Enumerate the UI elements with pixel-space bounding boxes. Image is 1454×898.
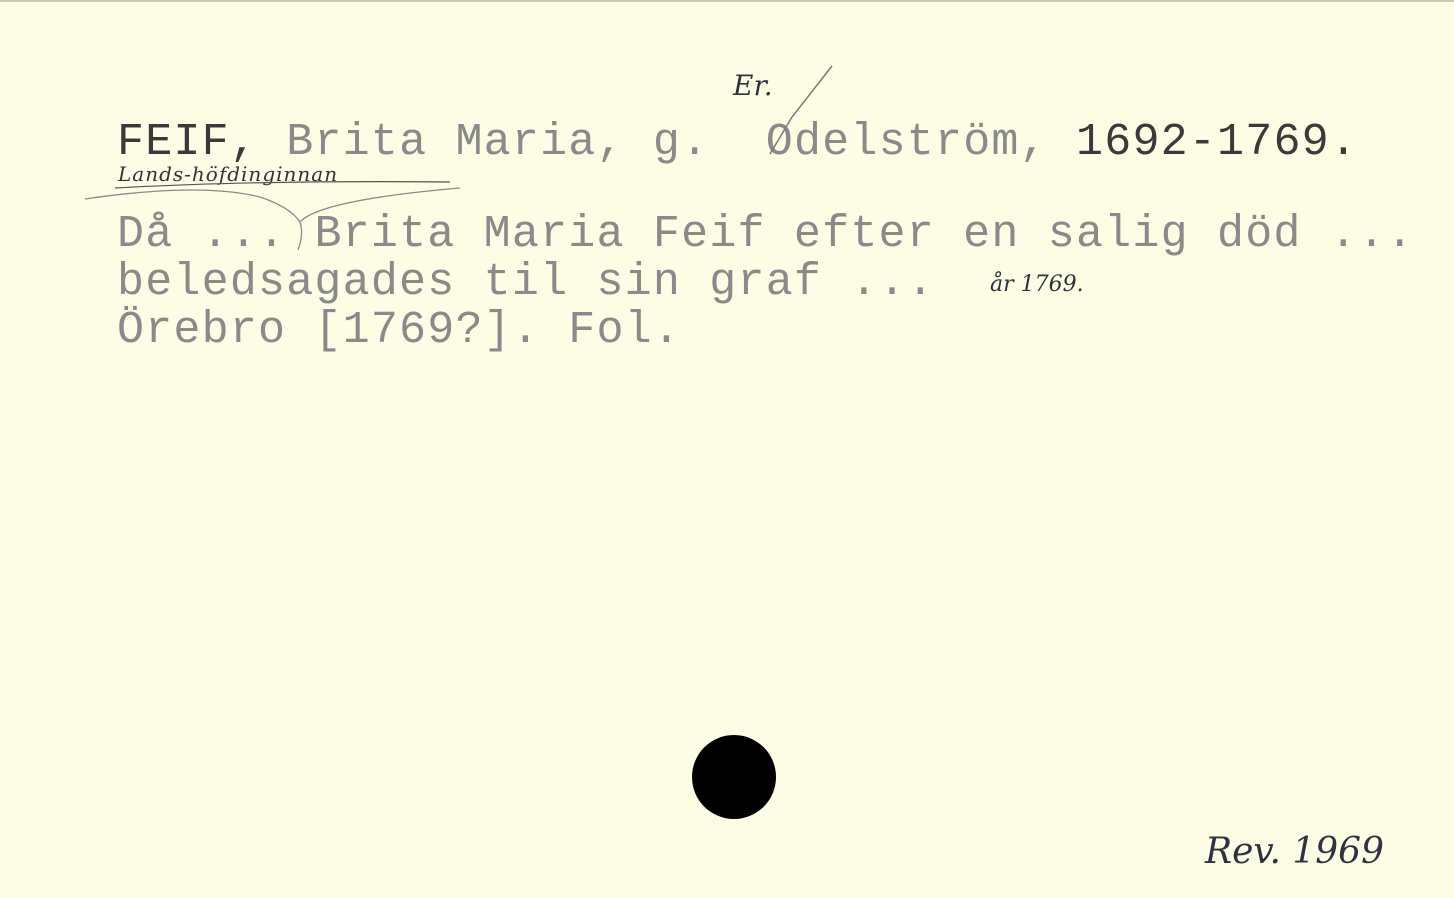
catalog-card: FEIF, Brita Maria, g. Odelström, 1692-17… bbox=[0, 0, 1454, 898]
heading-line: FEIF, Brita Maria, g. Odelström, 1692-17… bbox=[117, 120, 1358, 165]
imprint-line: Örebro [1769?]. Fol. bbox=[117, 308, 681, 353]
title-continued: Brita Maria Feif efter en salig död ... bbox=[314, 209, 1414, 260]
punch-hole bbox=[692, 735, 776, 819]
married-name: Odelström, bbox=[766, 117, 1048, 168]
surname: FEIF, bbox=[117, 117, 258, 168]
title-end: beledsagades til sin graf ... bbox=[117, 257, 935, 308]
revision-note: Rev. 1969 bbox=[1205, 834, 1384, 870]
handwritten-year: år 1769. bbox=[990, 274, 1084, 296]
life-dates: 1692-1769. bbox=[1076, 117, 1358, 168]
imprint: Örebro [1769?]. Fol. bbox=[117, 305, 681, 356]
handwritten-title-annotation: Lands-höfdinginnan bbox=[118, 164, 338, 184]
married-prefix: g. bbox=[653, 117, 709, 168]
title-line-1: Då ... Brita Maria Feif efter en salig d… bbox=[117, 212, 1414, 257]
given-names: Brita Maria, bbox=[286, 117, 624, 168]
title-line-2: beledsagades til sin graf ... bbox=[117, 260, 935, 305]
handwritten-correction: Er. bbox=[733, 72, 773, 100]
title-start: Då ... bbox=[117, 209, 286, 260]
